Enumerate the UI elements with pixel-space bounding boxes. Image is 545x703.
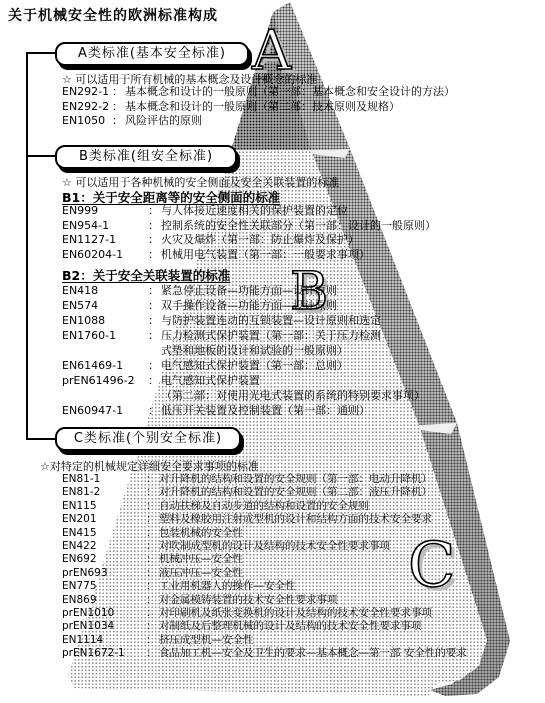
class-c-standard-list: EN81-1：对升降机的结构和设置的安全规则（第一部：电动升降机）EN81-2：…: [62, 473, 467, 661]
separator: ：: [146, 567, 159, 580]
standard-code: EN60204-1: [62, 248, 148, 263]
standard-desc: （第二部：对使用光电式装置的系统的特别要求事项）: [161, 389, 425, 402]
separator: ：: [146, 580, 159, 593]
standard-code: EN1114: [62, 634, 146, 647]
standard-row: EN775：工业用机器人的操作—安全性: [62, 580, 467, 593]
standard-code: EN692: [62, 553, 146, 566]
standard-row: EN1127-1：火灾及爆炸（第一部：防止爆炸及保护）: [62, 233, 436, 248]
standard-desc: 对升降机的结构和设置的安全规则（第二部：液压升降机）: [159, 486, 432, 498]
standard-row: EN201：塑料及橡胶用注射成型机的设计和结构方面的技术安全要求: [62, 513, 467, 526]
standard-desc: 对吹制成型机的设计及结构的技术安全性要求事项: [159, 540, 390, 552]
standard-row: EN1050：风险评估的原则: [62, 114, 455, 129]
standard-row: EN292-2：基本概念和设计的一般原则（第二部：技术原则及规格）: [62, 100, 455, 115]
standard-row: EN60947-1：低压开关装置及控制装置（第一部：通则）: [62, 403, 425, 418]
standard-row: prEN693：液压冲压—安全性: [62, 567, 467, 580]
standard-code: EN999: [62, 204, 148, 219]
group-b1-standard-list: EN999：与人体接近速度相关的保护装置的定位EN954-1：控制系统的安全性关…: [62, 204, 436, 262]
standard-code: EN1050: [62, 114, 112, 129]
separator: ：: [146, 500, 159, 513]
separator: ：: [146, 647, 159, 660]
separator: ：: [112, 100, 125, 115]
separator: ：: [112, 85, 125, 100]
standard-desc: 塑料及橡胶用注射成型机的设计和结构方面的技术安全要求: [159, 513, 432, 525]
separator: ：: [148, 233, 161, 248]
standard-desc: 机械冲压—安全性: [159, 553, 243, 565]
standard-code: prEN693: [62, 567, 146, 580]
standard-desc: 式垫和地板的设计和试验的一般原则）: [161, 344, 348, 357]
standard-desc: 火灾及爆炸（第一部：防止爆炸及保护）: [161, 233, 359, 246]
standard-desc: 对升降机的结构和设置的安全规则（第一部：电动升降机）: [159, 473, 432, 485]
standard-row-continuation: 式垫和地板的设计和试验的一般原则）: [62, 343, 425, 358]
separator: ：: [148, 313, 161, 328]
standard-code: EN954-1: [62, 219, 148, 234]
standard-desc: 压力检测式保护装置（第一部：关于压力检测: [161, 329, 381, 342]
standard-desc: 控制系统的安全性关联部分（第一部：设计的一般原则）: [161, 219, 436, 232]
separator: ：: [146, 553, 159, 566]
standard-desc: 基本概念和设计的一般原则（第一部：基本概念和安全设计的方法）: [125, 85, 455, 98]
standard-row: EN81-2：对升降机的结构和设置的安全规则（第二部：液压升降机）: [62, 486, 467, 499]
standard-row: prEN1010：对印刷机及纸张变换机的设计及结构的技术安全性要求事项: [62, 607, 467, 620]
standard-desc: 与防护装置连动的互锁装置—设计原则和选定: [161, 314, 381, 327]
standard-desc: 风险评估的原则: [125, 114, 202, 127]
standard-row: EN954-1：控制系统的安全性关联部分（第一部：设计的一般原则）: [62, 219, 436, 234]
separator: ：: [146, 527, 159, 540]
separator: ：: [148, 219, 161, 234]
separator: ：: [148, 283, 161, 298]
standard-code: prEN1672-1: [62, 647, 146, 660]
standard-desc: 机械用电气装置（第一部：一般要求事项）: [161, 248, 370, 261]
separator: ：: [148, 403, 161, 418]
group-b2-heading: B2：关于安全关联装置的标准: [62, 266, 230, 284]
standard-row: EN869：对金属模铸装置的技术安全性要求事项: [62, 594, 467, 607]
connector-stub-b: [26, 155, 58, 157]
standard-code: EN869: [62, 594, 146, 607]
standard-row: EN1114：挤压成型机—安全性: [62, 634, 467, 647]
standard-desc: 挤压成型机—安全性: [159, 634, 254, 646]
standard-code: EN418: [62, 283, 148, 298]
separator: ：: [148, 204, 161, 219]
class-a-standard-list: EN292-1：基本概念和设计的一般原则（第一部：基本概念和安全设计的方法）EN…: [62, 85, 455, 129]
standard-desc: 工业用机器人的操作—安全性: [159, 580, 296, 592]
standard-code: EN81-2: [62, 486, 146, 499]
standard-row: EN418：紧急停止设备—功能方面—设计原则: [62, 283, 425, 298]
separator: ：: [146, 540, 159, 553]
standard-code: EN60947-1: [62, 403, 148, 418]
standard-code: EN775: [62, 580, 146, 593]
connector-vertical-line: [26, 52, 28, 440]
group-b2-standard-list: EN418：紧急停止设备—功能方面—设计原则EN574：双手操作设备—功能方面—…: [62, 283, 425, 418]
separator: ：: [146, 513, 159, 526]
separator: ：: [148, 248, 161, 263]
class-a-header-box: A类标准(基本安全标准): [55, 42, 249, 66]
standard-row: EN60204-1：机械用电气装置（第一部：一般要求事项）: [62, 248, 436, 263]
standard-row: EN61469-1：电气感知式保护装置（第一部：总则）: [62, 358, 425, 373]
separator: ：: [112, 114, 125, 129]
standard-desc: 基本概念和设计的一般原则（第二部：技术原则及规格）: [125, 100, 400, 113]
standard-row-continuation: （第二部：对使用光电式装置的系统的特别要求事项）: [62, 388, 425, 403]
class-b-header-box: B类标准(组安全标准): [55, 145, 237, 169]
standard-code: prEN61496-2: [62, 373, 148, 388]
standard-desc: 低压开关装置及控制装置（第一部：通则）: [161, 404, 370, 417]
standard-row: prEN61496-2：电气感知式保护装置: [62, 373, 425, 388]
standard-row: EN415：包装机械的安全性: [62, 527, 467, 540]
standard-desc: 紧急停止设备—功能方面—设计原则: [161, 284, 337, 297]
standard-code: EN201: [62, 513, 146, 526]
separator: ：: [146, 620, 159, 633]
standard-row: EN999：与人体接近速度相关的保护装置的定位: [62, 204, 436, 219]
standard-desc: 食品加工机—安全及卫生的要求—基本概念—第一部 安全性的要求: [159, 647, 467, 659]
standard-row: EN115：自动扶梯及自动步道的结构和设置的安全规则: [62, 500, 467, 513]
standard-code: EN422: [62, 540, 146, 553]
separator: ：: [146, 634, 159, 647]
standard-code: EN1127-1: [62, 233, 148, 248]
separator: ：: [146, 473, 159, 486]
standard-row: EN574：双手操作设备—功能方面—设计原则: [62, 298, 425, 313]
standard-code: EN292-1: [62, 85, 112, 100]
standard-row: EN1088：与防护装置连动的互锁装置—设计原则和选定: [62, 313, 425, 328]
standard-row: EN81-1：对升降机的结构和设置的安全规则（第一部：电动升降机）: [62, 473, 467, 486]
separator: ：: [146, 607, 159, 620]
standard-desc: 电气感知式保护装置（第一部：总则）: [161, 359, 348, 372]
standard-desc: 对金属模铸装置的技术安全性要求事项: [159, 594, 338, 606]
standard-desc: 对印刷机及纸张变换机的设计及结构的技术安全性要求事项: [159, 607, 432, 619]
standard-code: EN115: [62, 500, 146, 513]
standard-row: prEN1672-1：食品加工机—安全及卫生的要求—基本概念—第一部 安全性的要…: [62, 647, 467, 660]
standard-desc: 双手操作设备—功能方面—设计原则: [161, 299, 337, 312]
standard-desc: 电气感知式保护装置: [161, 374, 260, 387]
class-c-header-box: C类标准(个别安全标准): [55, 427, 241, 451]
standard-code: EN292-2: [62, 100, 112, 115]
separator: ：: [146, 594, 159, 607]
standard-code: EN415: [62, 527, 146, 540]
standard-code: EN61469-1: [62, 358, 148, 373]
separator: ：: [148, 358, 161, 373]
connector-stub-a: [26, 52, 58, 54]
separator: ：: [148, 298, 161, 313]
standard-code: EN81-1: [62, 473, 146, 486]
standard-desc: 液压冲压—安全性: [159, 567, 243, 579]
standard-desc: 与人体接近速度相关的保护装置的定位: [161, 204, 348, 217]
standard-code: prEN1034: [62, 620, 146, 633]
standard-code: EN1088: [62, 313, 148, 328]
connector-stub-c: [26, 438, 58, 440]
standard-row: EN422：对吹制成型机的设计及结构的技术安全性要求事项: [62, 540, 467, 553]
separator: ：: [146, 486, 159, 499]
separator: ：: [148, 373, 161, 388]
standard-row: EN1760-1：压力检测式保护装置（第一部：关于压力检测: [62, 328, 425, 343]
standard-desc: 对制纸及后整理机械的设计及结构的技术安全性要求事项: [159, 620, 422, 632]
standard-desc: 包装机械的安全性: [159, 527, 243, 539]
class-c-note: ☆对特定的机械规定详细安全要求事项的标准: [40, 458, 259, 474]
separator: ：: [148, 328, 161, 343]
standard-code: EN1760-1: [62, 328, 148, 343]
standard-row: EN692：机械冲压—安全性: [62, 553, 467, 566]
page-title: 关于机械安全性的欧洲标准构成: [8, 5, 218, 25]
standard-row: EN292-1：基本概念和设计的一般原则（第一部：基本概念和安全设计的方法）: [62, 85, 455, 100]
standard-desc: 自动扶梯及自动步道的结构和设置的安全规则: [159, 500, 369, 512]
standard-code: prEN1010: [62, 607, 146, 620]
standard-row: prEN1034：对制纸及后整理机械的设计及结构的技术安全性要求事项: [62, 620, 467, 633]
standard-code: EN574: [62, 298, 148, 313]
